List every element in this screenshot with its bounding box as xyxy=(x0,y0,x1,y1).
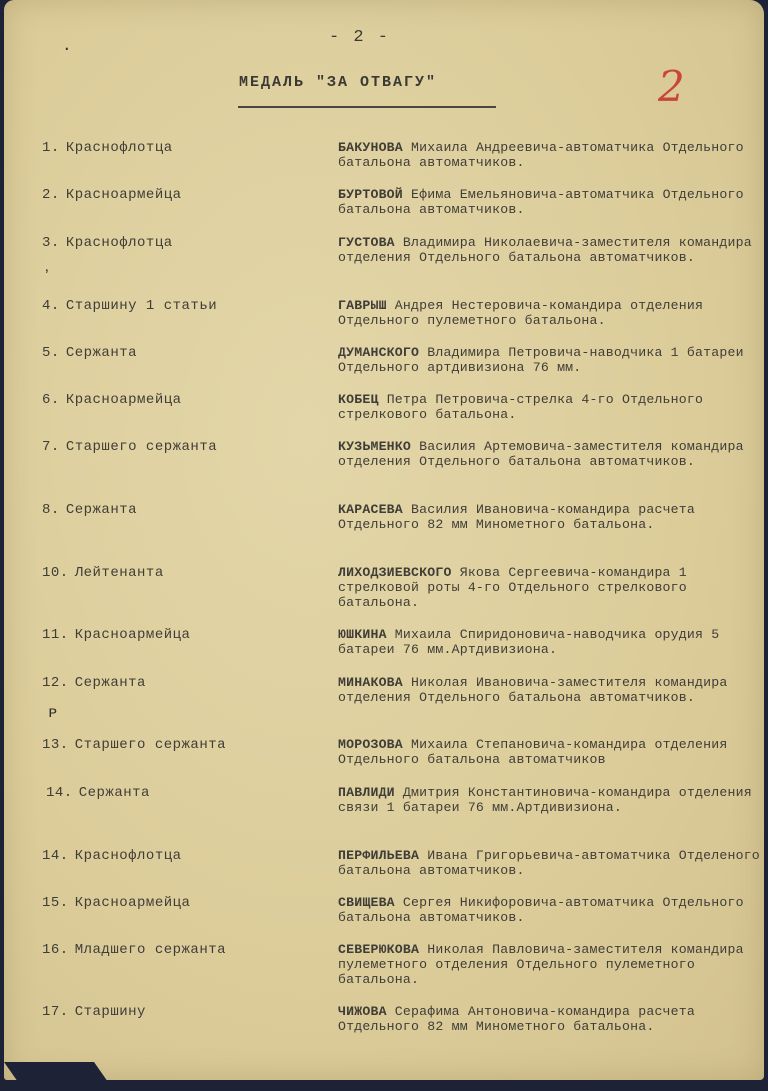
entry-description: МОРОЗОВА Михаила Степановича-командира о… xyxy=(338,737,766,767)
page-number: - 2 - xyxy=(329,28,390,47)
recipient-surname: СВИЩЕВА xyxy=(338,895,395,910)
recipient-surname: ЛИХОДЗИЕВСКОГО xyxy=(338,565,452,580)
entry-number: 16. xyxy=(42,942,69,958)
entry-number: 14. xyxy=(46,785,73,801)
entry-description: ЮШКИНА Михаила Спиридоновича-наводчика о… xyxy=(338,627,766,657)
rank-text: Лейтенанта xyxy=(75,565,164,581)
entry-description: ГАВРЫШ Андрея Нестеровича-командира отде… xyxy=(338,298,766,328)
entry-rank: 17.Старшину xyxy=(42,1004,146,1020)
entry-rank: 1.Краснофлотца xyxy=(42,140,173,156)
rank-text: Краснофлотца xyxy=(66,235,173,251)
recipient-surname: БАКУНОВА xyxy=(338,140,403,155)
entry-description: КОБЕЦ Петра Петровича-стрелка 4-го Отдел… xyxy=(338,392,766,422)
entry-number: 4. xyxy=(42,298,60,314)
rank-text: Красноармейца xyxy=(66,392,182,408)
rank-text: Старшину 1 статьи xyxy=(66,298,217,314)
rank-text: Младшего сержанта xyxy=(75,942,226,958)
entry-rank: 4.Старшину 1 статьи xyxy=(42,298,217,314)
rank-text: Краснофлотца xyxy=(66,140,173,156)
rank-text: Красноармейца xyxy=(75,895,191,911)
entry-description: ПАВЛИДИ Дмитрия Константиновича-командир… xyxy=(338,785,766,815)
recipient-surname: ГУСТОВА xyxy=(338,235,395,250)
recipient-details: Сергея Никифоровича-автоматчика Отдельно… xyxy=(338,895,744,925)
entry-rank: 15.Красноармейца xyxy=(42,895,190,911)
entry-description: ГУСТОВА Владимира Николаевича-заместител… xyxy=(338,235,766,265)
handwritten-page-number: 2 xyxy=(658,62,685,111)
recipient-surname: ПАВЛИДИ xyxy=(338,785,395,800)
entry-number: 8. xyxy=(42,502,60,518)
rank-text: Сержанта xyxy=(66,502,137,518)
recipient-surname: КОБЕЦ xyxy=(338,392,379,407)
recipient-surname: КУЗЬМЕНКО xyxy=(338,439,411,454)
recipient-details: Дмитрия Константиновича-командира отделе… xyxy=(338,785,752,815)
entry-number: 11. xyxy=(42,627,69,643)
entry-number: 6. xyxy=(42,392,60,408)
rank-text: Сержанта xyxy=(79,785,150,801)
entry-rank: 16.Младшего сержанта xyxy=(42,942,226,958)
recipient-details: Серафима Антоновича-командира расчета От… xyxy=(338,1004,695,1034)
entry-description: БУРТОВОЙ Ефима Емельяновича-автоматчика … xyxy=(338,187,766,217)
award-heading: МЕДАЛЬ "ЗА ОТВАГУ" xyxy=(239,74,437,91)
entry-number: 14. xyxy=(42,848,69,864)
heading-underline xyxy=(238,106,496,108)
entry-description: КУЗЬМЕНКО Василия Артемовича-заместителя… xyxy=(338,439,766,469)
rank-text: Красноармейца xyxy=(75,627,191,643)
recipient-surname: ЮШКИНА xyxy=(338,627,387,642)
recipient-surname: СЕВЕРЮКОВА xyxy=(338,942,419,957)
recipient-details: Михаила Спиридоновича-наводчика орудия 5… xyxy=(338,627,719,657)
rank-text: Сержанта xyxy=(66,345,137,361)
recipient-surname: ПЕРФИЛЬЕВА xyxy=(338,848,419,863)
recipient-details: Владимира Николаевича-заместителя команд… xyxy=(338,235,752,265)
entry-rank: 11.Красноармейца xyxy=(42,627,190,643)
entry-number: 15. xyxy=(42,895,69,911)
entry-number: 2. xyxy=(42,187,60,203)
entry-description: БАКУНОВА Михаила Андреевича-автоматчика … xyxy=(338,140,766,170)
entry-rank: 14.Сержанта xyxy=(46,785,150,801)
entry-rank: 12.Сержанта xyxy=(42,675,146,691)
recipient-surname: МОРОЗОВА xyxy=(338,737,403,752)
entry-rank: 3.Краснофлотца xyxy=(42,235,173,251)
entry-number: 17. xyxy=(42,1004,69,1020)
entry-rank: 7.Старшего сержанта xyxy=(42,439,217,455)
entry-rank: 10.Лейтенанта xyxy=(42,565,164,581)
recipient-surname: ДУМАНСКОГО xyxy=(338,345,419,360)
entry-rank: 8.Сержанта xyxy=(42,502,137,518)
entry-description: ПЕРФИЛЬЕВА Ивана Григорьевича-автоматчик… xyxy=(338,848,766,878)
entry-rank: 2.Красноармейца xyxy=(42,187,182,203)
rank-text: Старшего сержанта xyxy=(66,439,217,455)
entry-rank: 14.Краснофлотца xyxy=(42,848,182,864)
rank-text: Старшину xyxy=(75,1004,146,1020)
entry-rank: 5.Сержанта xyxy=(42,345,137,361)
entry-number: 12. xyxy=(42,675,69,691)
entry-number: 1. xyxy=(42,140,60,156)
rank-text: Сержанта xyxy=(75,675,146,691)
entry-number: 5. xyxy=(42,345,60,361)
ink-mark: ʼ xyxy=(42,268,52,286)
entry-description: КАРАСЕВА Василия Ивановича-командира рас… xyxy=(338,502,766,532)
recipient-details: Петра Петровича-стрелка 4-го Отдельного … xyxy=(338,392,703,422)
entry-number: 3. xyxy=(42,235,60,251)
rank-text: Красноармейца xyxy=(66,187,182,203)
entry-rank: 13.Старшего сержанта xyxy=(42,737,226,753)
recipient-surname: ЧИЖОВА xyxy=(338,1004,387,1019)
recipient-surname: БУРТОВОЙ xyxy=(338,187,403,202)
entry-description: СВИЩЕВА Сергея Никифоровича-автоматчика … xyxy=(338,895,766,925)
recipient-details: Андрея Нестеровича-командира отделения О… xyxy=(338,298,703,328)
entry-number: 10. xyxy=(42,565,69,581)
entry-description: ДУМАНСКОГО Владимира Петровича-наводчика… xyxy=(338,345,766,375)
entry-number: 7. xyxy=(42,439,60,455)
entry-description: МИНАКОВА Николая Ивановича-заместителя к… xyxy=(338,675,766,705)
entry-description: ЛИХОДЗИЕВСКОГО Якова Сергеевича-командир… xyxy=(338,565,766,610)
entry-description: СЕВЕРЮКОВА Николая Павловича-заместителя… xyxy=(338,942,766,987)
entry-number: 13. xyxy=(42,737,69,753)
document-page: - 2 - МЕДАЛЬ "ЗА ОТВАГУ" 2 · ʼ ᴘ 1.Красн… xyxy=(4,0,764,1080)
recipient-surname: МИНАКОВА xyxy=(338,675,403,690)
entry-rank: 6.Красноармейца xyxy=(42,392,182,408)
entry-description: ЧИЖОВА Серафима Антоновича-командира рас… xyxy=(338,1004,766,1034)
rank-text: Краснофлотца xyxy=(75,848,182,864)
recipient-surname: КАРАСЕВА xyxy=(338,502,403,517)
recipient-surname: ГАВРЫШ xyxy=(338,298,387,313)
rank-text: Старшего сержанта xyxy=(75,737,226,753)
ink-mark: ᴘ xyxy=(48,704,58,722)
ink-speck: · xyxy=(62,40,72,58)
